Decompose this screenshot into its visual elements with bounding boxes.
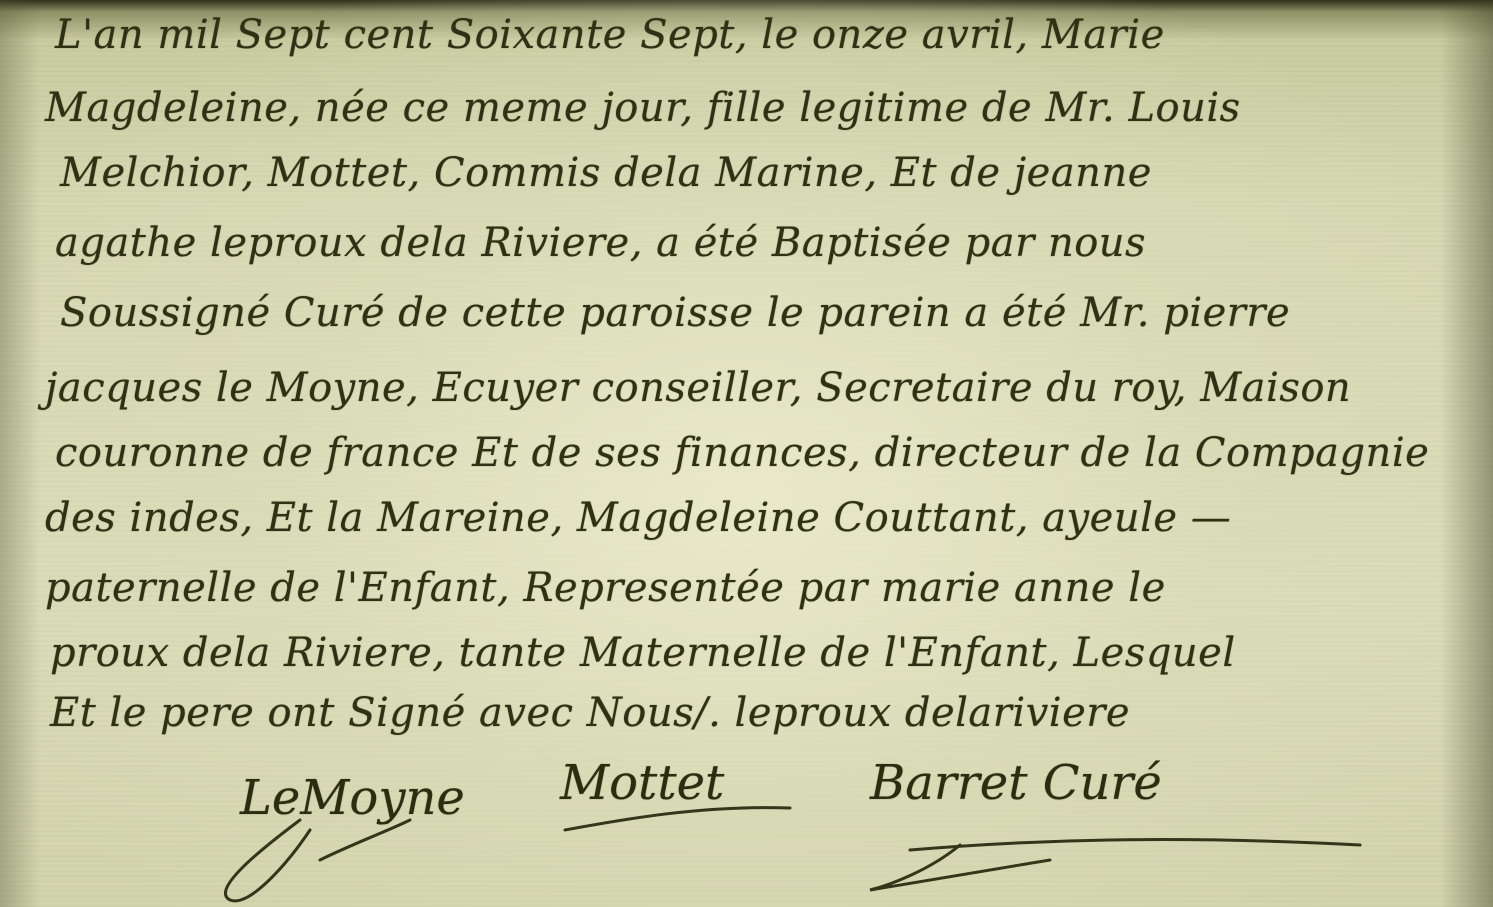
signature-le-moyne: LeMoyne	[240, 770, 465, 826]
manuscript-line-8: des indes, Et la Mareine, Magdeleine Cou…	[45, 495, 1480, 541]
manuscript-line-10: proux dela Riviere, tante Maternelle de …	[50, 630, 1440, 676]
manuscript-line-6: jacques le Moyne, Ecuyer conseiller, Sec…	[45, 365, 1460, 411]
signature-barret-cure: Barret Curé	[870, 755, 1162, 811]
manuscript-line-2: Magdeleine, née ce meme jour, fille legi…	[45, 85, 1425, 131]
manuscript-line-4: agathe leproux dela Riviere, a été Bapti…	[55, 220, 1455, 266]
manuscript-line-7: couronne de france Et de ses finances, d…	[55, 430, 1455, 476]
manuscript-line-1: L'an mil Sept cent Soixante Sept, le onz…	[55, 12, 1385, 58]
manuscript-page: L'an mil Sept cent Soixante Sept, le onz…	[0, 0, 1493, 907]
signature-mottet: Mottet	[560, 755, 724, 811]
manuscript-line-3: Melchior, Mottet, Commis dela Marine, Et…	[60, 150, 1395, 196]
manuscript-line-5: Soussigné Curé de cette paroisse le pare…	[60, 290, 1400, 336]
signature-flourish-barret	[850, 830, 1370, 900]
manuscript-line-11: Et le pere ont Signé avec Nous/. leproux…	[50, 690, 1430, 736]
manuscript-line-9: paternelle de l'Enfant, Representée par …	[45, 565, 1430, 611]
